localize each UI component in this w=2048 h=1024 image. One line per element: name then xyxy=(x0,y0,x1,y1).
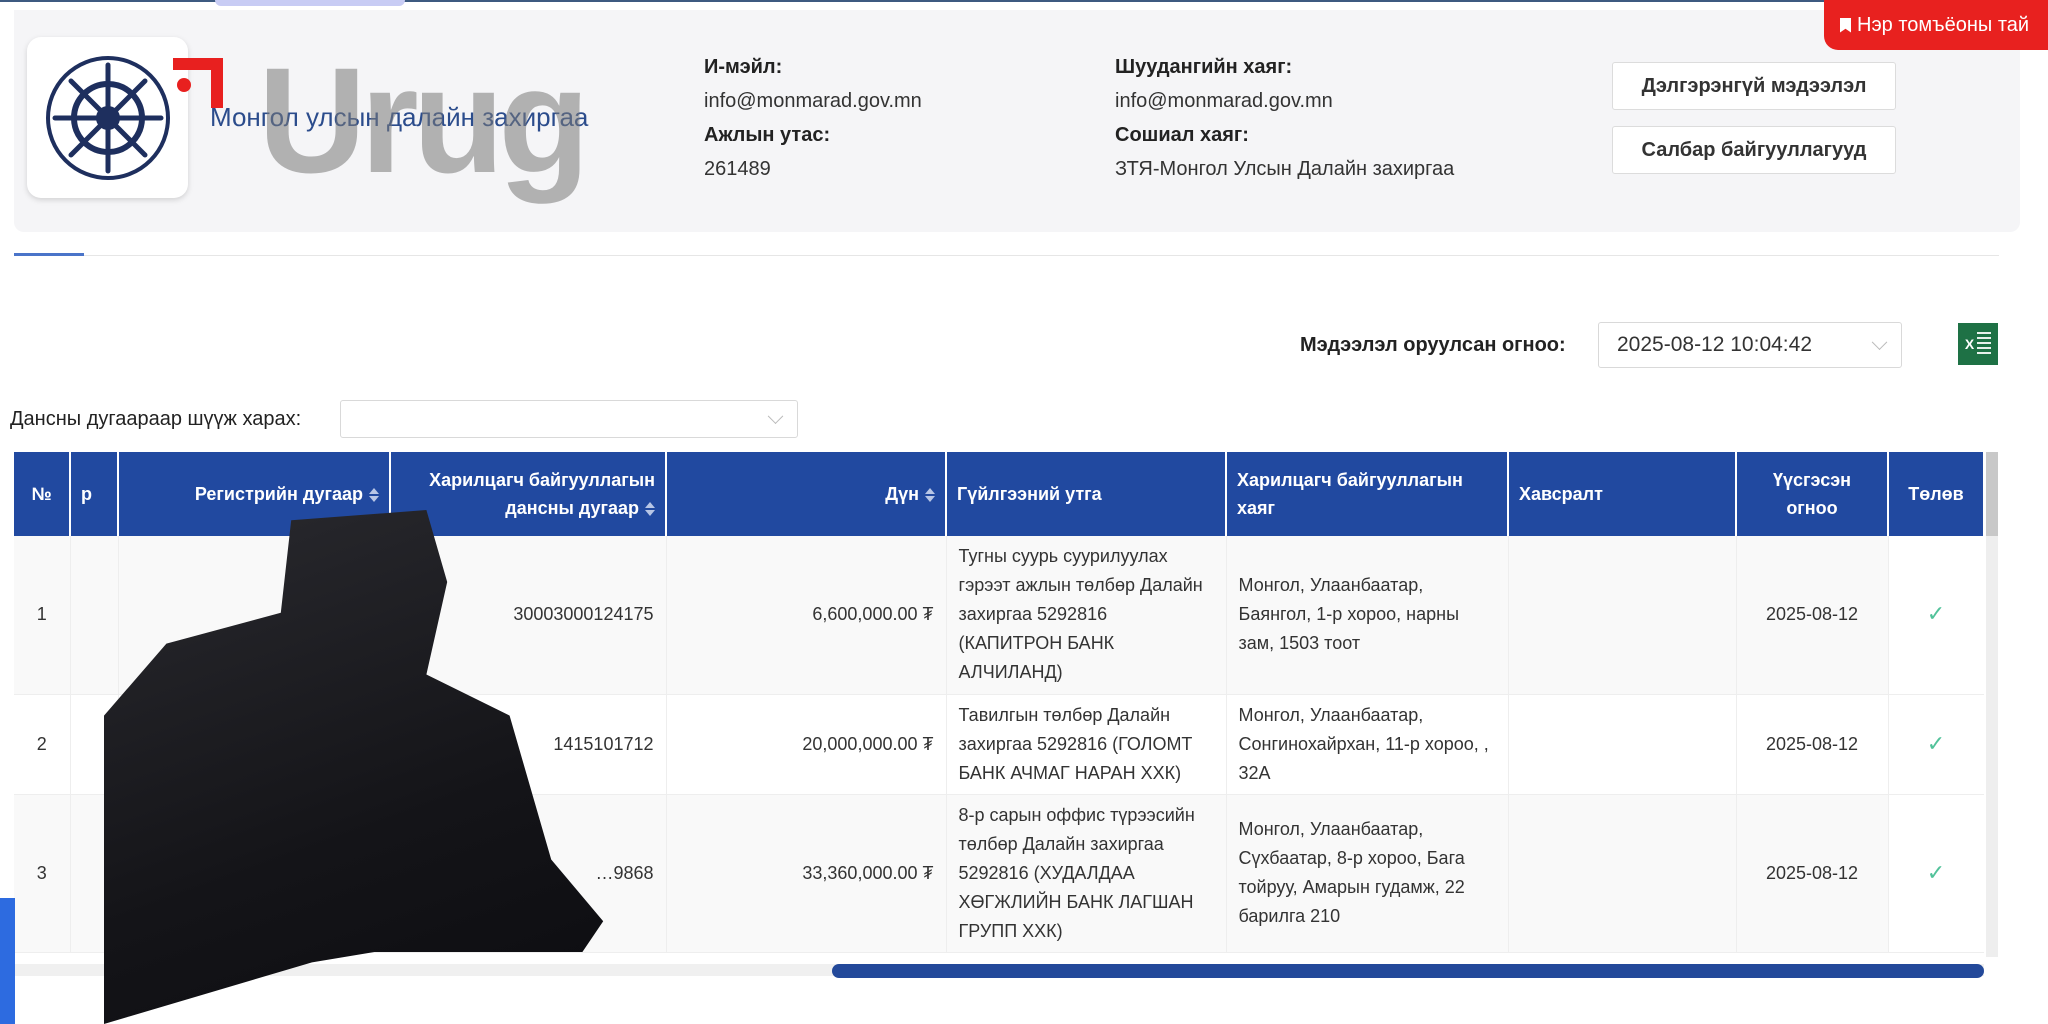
branches-button[interactable]: Салбар байгууллагууд xyxy=(1612,126,1896,174)
cell-address: Монгол, Улаанбаатар, Сүхбаатар, 8-р хоро… xyxy=(1226,794,1508,952)
check-icon: ✓ xyxy=(1927,601,1945,626)
cell-amount: 33,360,000.00 ₮ xyxy=(666,794,946,952)
date-select-value: 2025-08-12 10:04:42 xyxy=(1617,333,1812,357)
account-filter-select[interactable] xyxy=(340,400,798,438)
sort-icon[interactable] xyxy=(369,488,379,502)
column-status: Төлөв xyxy=(1888,452,1984,536)
cell-status: ✓ xyxy=(1888,794,1984,952)
excel-grid-icon xyxy=(1977,332,1991,356)
column-address: Харилцагч байгууллагын хаяг xyxy=(1226,452,1508,536)
cell-description: Тавилгын төлбөр Далайн захиргаа 5292816 … xyxy=(946,694,1226,794)
social-value[interactable]: ЗТЯ-Монгол Улсын Далайн захиргаа xyxy=(1115,152,1454,186)
cell-attachment[interactable] xyxy=(1508,536,1736,694)
terminology-report-tab[interactable]: Нэр томъёоны тай xyxy=(1824,0,2048,50)
organization-name: Монгол улсын далайн захиргаа xyxy=(210,102,588,133)
cell-amount: 20,000,000.00 ₮ xyxy=(666,694,946,794)
vertical-scrollbar-thumb[interactable] xyxy=(1986,452,1998,536)
cell-attachment[interactable] xyxy=(1508,694,1736,794)
cell-address: Монгол, Улаанбаатар, Сонгинохайрхан, 11-… xyxy=(1226,694,1508,794)
mail-address-label: Шуудангийн хаяг: xyxy=(1115,50,1454,84)
ship-wheel-icon xyxy=(43,53,173,183)
cell-number: 2 xyxy=(14,694,70,794)
email-label: И-мэйл: xyxy=(704,50,922,84)
active-tab-indicator[interactable] xyxy=(14,253,84,256)
column-created: Үүсгэсэн огноо xyxy=(1736,452,1888,536)
column-status-label: Төлөв xyxy=(1908,484,1964,504)
photo-overlay-alt: photo overlay xyxy=(180,880,186,881)
tab-divider xyxy=(14,255,1999,256)
chevron-down-icon xyxy=(1872,334,1888,350)
account-filter-label: Дансны дугаараар шүүж харах: xyxy=(10,408,301,431)
cell-created: 2025-08-12 xyxy=(1736,536,1888,694)
column-attachment-label: Хавсралт xyxy=(1519,484,1603,504)
column-amount-label: Дүн xyxy=(885,484,919,504)
column-attachment: Хавсралт xyxy=(1508,452,1736,536)
column-account-label: Харилцагч байгууллагын дансны дугаар xyxy=(429,470,655,518)
mail-address-value[interactable]: info@monmarad.gov.mn xyxy=(1115,84,1454,118)
email-value[interactable]: info@monmarad.gov.mn xyxy=(704,84,922,118)
column-extra: р xyxy=(70,452,118,536)
cell-number: 3 xyxy=(14,794,70,952)
date-filter-label: Мэдээлэл оруулсан огноо: xyxy=(1300,334,1566,357)
organization-logo xyxy=(27,37,188,198)
column-description-label: Гүйлгээний утга xyxy=(957,484,1102,504)
horizontal-scrollbar-thumb[interactable] xyxy=(832,964,1984,978)
column-address-label: Харилцагч байгууллагын хаяг xyxy=(1237,470,1463,518)
left-accent-bar xyxy=(0,898,15,1024)
date-select[interactable]: 2025-08-12 10:04:42 xyxy=(1598,322,1902,368)
cell-status: ✓ xyxy=(1888,536,1984,694)
column-created-label: Үүсгэсэн огноо xyxy=(1773,470,1851,518)
cell-address: Монгол, Улаанбаатар, Баянгол, 1-р хороо,… xyxy=(1226,536,1508,694)
check-icon: ✓ xyxy=(1927,731,1945,756)
column-number: № xyxy=(14,452,70,536)
cell-created: 2025-08-12 xyxy=(1736,794,1888,952)
column-register-label: Регистрийн дугаар xyxy=(195,484,363,504)
column-extra-label: р xyxy=(81,484,92,504)
column-account[interactable]: Харилцагч байгууллагын дансны дугаар xyxy=(390,452,666,536)
cell-description: 8-р сарын оффис түрээсийн төлбөр Далайн … xyxy=(946,794,1226,952)
phone-label: Ажлын утас: xyxy=(704,118,922,152)
check-icon: ✓ xyxy=(1927,860,1945,885)
terminology-report-label: Нэр томъёоны тай xyxy=(1857,14,2029,37)
chevron-down-icon xyxy=(768,408,784,424)
social-label: Сошиал хаяг: xyxy=(1115,118,1454,152)
contact-info-right: Шуудангийн хаяг: info@monmarad.gov.mn Со… xyxy=(1115,50,1454,186)
phone-value: 261489 xyxy=(704,152,922,186)
sort-icon[interactable] xyxy=(645,502,655,516)
sort-icon[interactable] xyxy=(925,488,935,502)
cell-extra xyxy=(70,536,118,694)
excel-icon[interactable]: X xyxy=(1958,323,1998,365)
cell-created: 2025-08-12 xyxy=(1736,694,1888,794)
excel-icon-letter: X xyxy=(1965,336,1974,352)
top-highlight xyxy=(215,0,405,6)
cell-description: Тугны суурь суурилуулах гэрээт ажлын төл… xyxy=(946,536,1226,694)
watermark-logo-mark xyxy=(173,58,223,108)
cell-status: ✓ xyxy=(1888,694,1984,794)
cell-number: 1 xyxy=(14,536,70,694)
column-description: Гүйлгээний утга xyxy=(946,452,1226,536)
cell-attachment[interactable] xyxy=(1508,794,1736,952)
cell-amount: 6,600,000.00 ₮ xyxy=(666,536,946,694)
details-button[interactable]: Дэлгэрэнгүй мэдээлэл xyxy=(1612,62,1896,110)
column-amount[interactable]: Дүн xyxy=(666,452,946,536)
column-number-label: № xyxy=(31,484,51,504)
bookmark-icon xyxy=(1840,18,1851,33)
contact-info-left: И-мэйл: info@monmarad.gov.mn Ажлын утас:… xyxy=(704,50,922,186)
